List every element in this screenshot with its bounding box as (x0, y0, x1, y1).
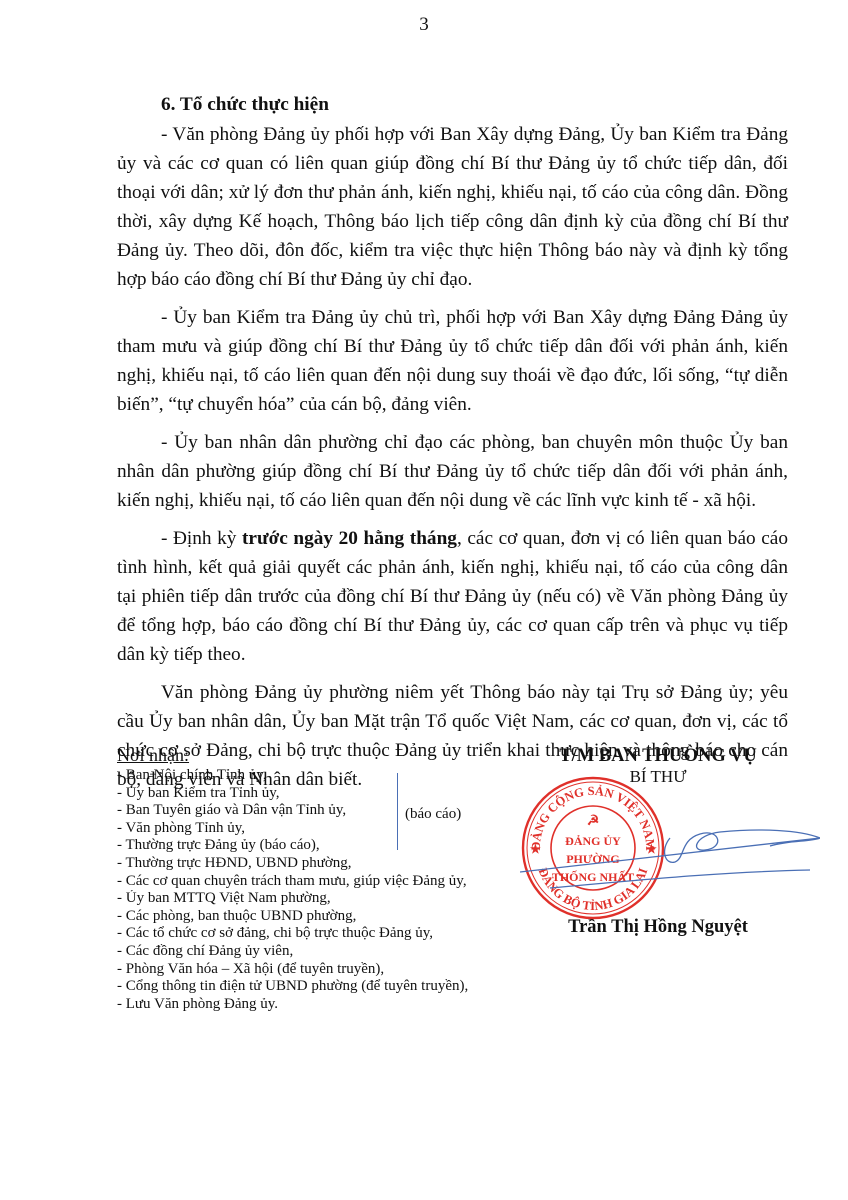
handwritten-signature-icon (520, 810, 820, 890)
recipient-item: - Các cơ quan chuyên trách tham mưu, giú… (117, 873, 507, 891)
recipients-items: - Ban Nội chính Tỉnh ủy,- Ủy ban Kiểm tr… (117, 767, 507, 1013)
page-number: 3 (0, 14, 848, 36)
recipient-item: - Ban Nội chính Tỉnh ủy, (117, 767, 507, 785)
recipient-item: - Lưu Văn phòng Đảng ủy. (117, 996, 507, 1014)
recipient-item: - Các đồng chí Đảng ủy viên, (117, 943, 507, 961)
deadline-bold: trước ngày 20 hằng tháng (242, 528, 457, 549)
paragraph: - Ủy ban nhân dân phường chỉ đạo các phò… (117, 428, 788, 515)
signature-org: T/M BAN THƯỜNG VỤ (508, 745, 808, 767)
paragraph: - Định kỳ trước ngày 20 hằng tháng, các … (117, 524, 788, 669)
recipients-title: Nơi nhận: (117, 745, 507, 765)
paragraph-prefix: - Định kỳ (161, 528, 242, 549)
recipient-item: - Phòng Văn hóa – Xã hội (để tuyên truyề… (117, 961, 507, 979)
paragraph: - Ủy ban Kiểm tra Đảng ủy chủ trì, phối … (117, 303, 788, 419)
document-body: 6. Tổ chức thực hiện - Văn phòng Đảng ủy… (117, 90, 788, 803)
recipient-item: - Các phòng, ban thuộc UBND phường, (117, 908, 507, 926)
recipient-item: - Ủy ban MTTQ Việt Nam phường, (117, 890, 507, 908)
recipients-title-text: Nơi nhận (117, 745, 184, 765)
bracket-line (397, 773, 398, 850)
recipients-colon: : (184, 745, 189, 765)
recipient-item: - Cổng thông tin điện tử UBND phường (để… (117, 978, 507, 996)
recipients-list: Nơi nhận: - Ban Nội chính Tỉnh ủy,- Ủy b… (117, 745, 507, 1013)
section-heading: 6. Tổ chức thực hiện (161, 90, 788, 119)
recipient-item: - Thường trực Đảng ủy (báo cáo), (117, 837, 507, 855)
paragraph: - Văn phòng Đảng ủy phối hợp với Ban Xây… (117, 120, 788, 294)
recipient-item: - Ủy ban Kiểm tra Tỉnh ủy, (117, 785, 507, 803)
recipient-item: - Thường trực HĐND, UBND phường, (117, 855, 507, 873)
bracket-note: (báo cáo) (405, 806, 461, 823)
recipient-item: - Các tổ chức cơ sở đảng, chi bộ trực th… (117, 925, 507, 943)
